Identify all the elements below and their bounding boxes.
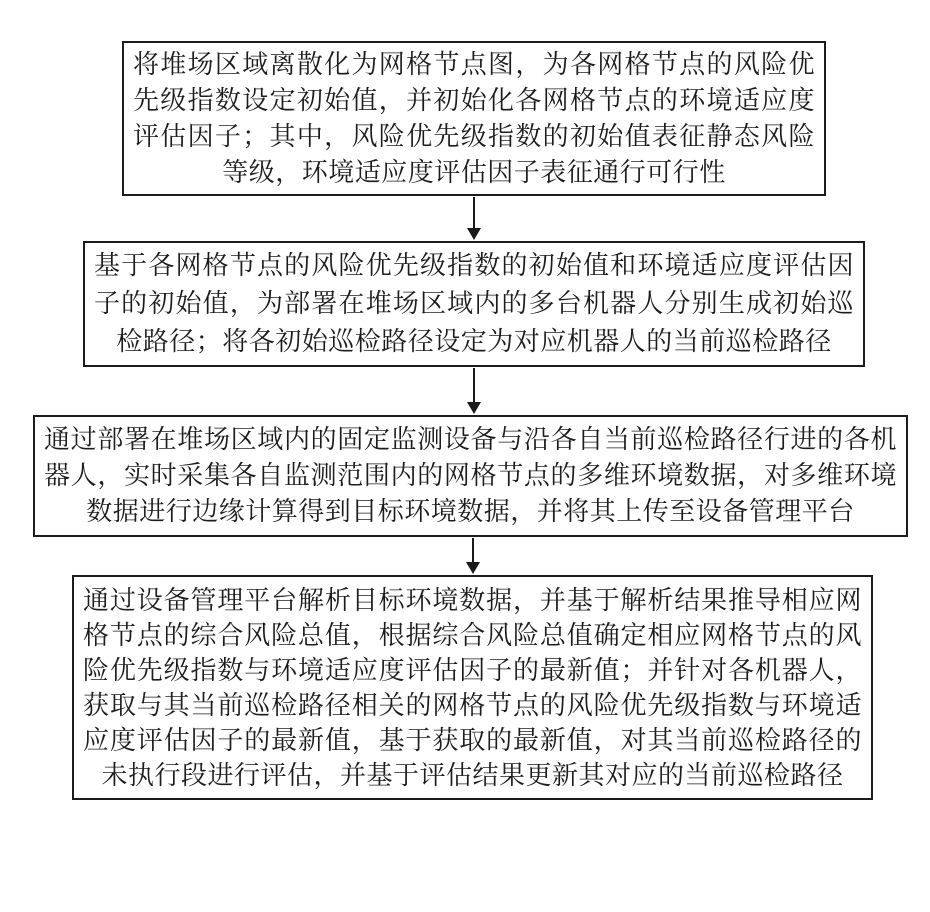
- flow-step-1-text: 将堆场区域离散化为网格节点图，为各网格节点的风险优先级指数设定初始值，并初始化各…: [133, 47, 815, 191]
- flow-step-box-4: 通过设备管理平台解析目标环境数据，并基于解析结果推导相应网格节点的综合风险总值，…: [72, 575, 873, 800]
- down-arrow-icon-1: [467, 197, 481, 240]
- arrow-shaft: [473, 368, 475, 402]
- flow-step-box-2: 基于各网格节点的风险优先级指数的初始值和环境适应度评估因子的初始值，为部署在堆场…: [83, 241, 865, 367]
- flow-step-3-text: 通过部署在堆场区域内的固定监测设备与沿各自当前巡检路径行进的各机器人，实时采集各…: [44, 422, 897, 530]
- arrow-head-icon: [467, 402, 481, 414]
- arrow-shaft: [472, 538, 474, 562]
- flow-step-4-text: 通过设备管理平台解析目标环境数据，并基于解析结果推导相应网格节点的综合风险总值，…: [83, 583, 862, 793]
- flow-step-box-1: 将堆场区域离散化为网格节点图，为各网格节点的风险优先级指数设定初始值，并初始化各…: [122, 41, 826, 196]
- patent-flowchart: 将堆场区域离散化为网格节点图，为各网格节点的风险优先级指数设定初始值，并初始化各…: [0, 0, 930, 912]
- arrow-head-icon: [467, 228, 481, 240]
- flow-step-box-3: 通过部署在堆场区域内的固定监测设备与沿各自当前巡检路径行进的各机器人，实时采集各…: [33, 415, 908, 537]
- arrow-shaft: [473, 197, 475, 228]
- down-arrow-icon-2: [467, 368, 481, 414]
- arrow-head-icon: [466, 562, 480, 574]
- down-arrow-icon-3: [466, 538, 480, 574]
- flow-step-2-text: 基于各网格节点的风险优先级指数的初始值和环境适应度评估因子的初始值，为部署在堆场…: [94, 247, 854, 361]
